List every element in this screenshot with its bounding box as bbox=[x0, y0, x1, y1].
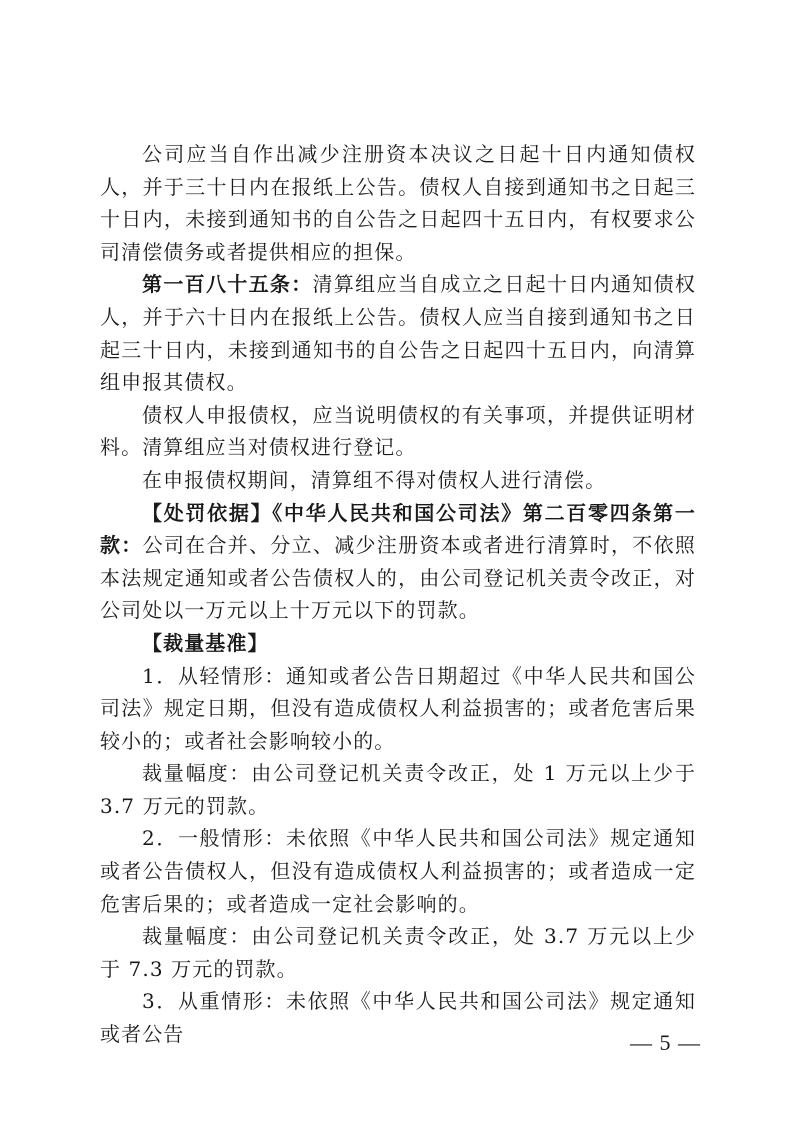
paragraph-text: 1．从轻情形：通知或者公告日期超过《中华人民共和国公司法》规定日期，但没有造成债… bbox=[100, 664, 696, 753]
paragraph-discretion-standard-heading: 【裁量基准】 bbox=[100, 627, 696, 660]
paragraph-text: 在申报债权期间，清算组不得对债权人进行清偿。 bbox=[142, 468, 606, 492]
document-body: 公司应当自作出减少注册资本决议之日起十日内通知债权人，并于三十日内在报纸上公告。… bbox=[100, 138, 696, 1051]
article-heading: 第一百八十五条： bbox=[142, 272, 313, 296]
discretion-standard-heading: 【裁量基准】 bbox=[142, 631, 269, 655]
paragraph-claim-declaration: 债权人申报债权，应当说明债权的有关事项，并提供证明材料。清算组应当对债权进行登记… bbox=[100, 399, 696, 464]
paragraph-no-repayment: 在申报债权期间，清算组不得对债权人进行清偿。 bbox=[100, 464, 696, 497]
paragraph-severe-case: 3．从重情形：未依照《中华人民共和国公司法》规定通知或者公告 bbox=[100, 985, 696, 1050]
paragraph-text: 公司在合并、分立、减少注册资本或者进行清算时，不依照本法规定通知或者公告债权人的… bbox=[100, 533, 696, 622]
paragraph-text: 债权人申报债权，应当说明债权的有关事项，并提供证明材料。清算组应当对债权进行登记… bbox=[100, 403, 696, 460]
paragraph-article-185: 第一百八十五条：清算组应当自成立之日起十日内通知债权人，并于六十日内在报纸上公告… bbox=[100, 268, 696, 398]
paragraph-text: 公司应当自作出减少注册资本决议之日起十日内通知债权人，并于三十日内在报纸上公告。… bbox=[100, 142, 696, 264]
paragraph-penalty-basis: 【处罚依据】《中华人民共和国公司法》第二百零四条第一款：公司在合并、分立、减少注… bbox=[100, 497, 696, 627]
page-number: — 5 — bbox=[630, 1030, 701, 1056]
paragraph-general-range: 裁量幅度：由公司登记机关责令改正，处 3.7 万元以上少于 7.3 万元的罚款。 bbox=[100, 920, 696, 985]
paragraph-lenient-range: 裁量幅度：由公司登记机关责令改正，处 1 万元以上少于 3.7 万元的罚款。 bbox=[100, 757, 696, 822]
paragraph-general-case: 2．一般情形：未依照《中华人民共和国公司法》规定通知或者公告债权人，但没有造成债… bbox=[100, 822, 696, 920]
paragraph-lenient-case: 1．从轻情形：通知或者公告日期超过《中华人民共和国公司法》规定日期，但没有造成债… bbox=[100, 660, 696, 758]
paragraph-text: 3．从重情形：未依照《中华人民共和国公司法》规定通知或者公告 bbox=[100, 989, 696, 1046]
paragraph-text: 2．一般情形：未依照《中华人民共和国公司法》规定通知或者公告债权人，但没有造成债… bbox=[100, 826, 696, 915]
paragraph-capital-reduction-notice: 公司应当自作出减少注册资本决议之日起十日内通知债权人，并于三十日内在报纸上公告。… bbox=[100, 138, 696, 268]
paragraph-text: 裁量幅度：由公司登记机关责令改正，处 3.7 万元以上少于 7.3 万元的罚款。 bbox=[100, 924, 696, 981]
paragraph-text: 裁量幅度：由公司登记机关责令改正，处 1 万元以上少于 3.7 万元的罚款。 bbox=[100, 761, 696, 818]
